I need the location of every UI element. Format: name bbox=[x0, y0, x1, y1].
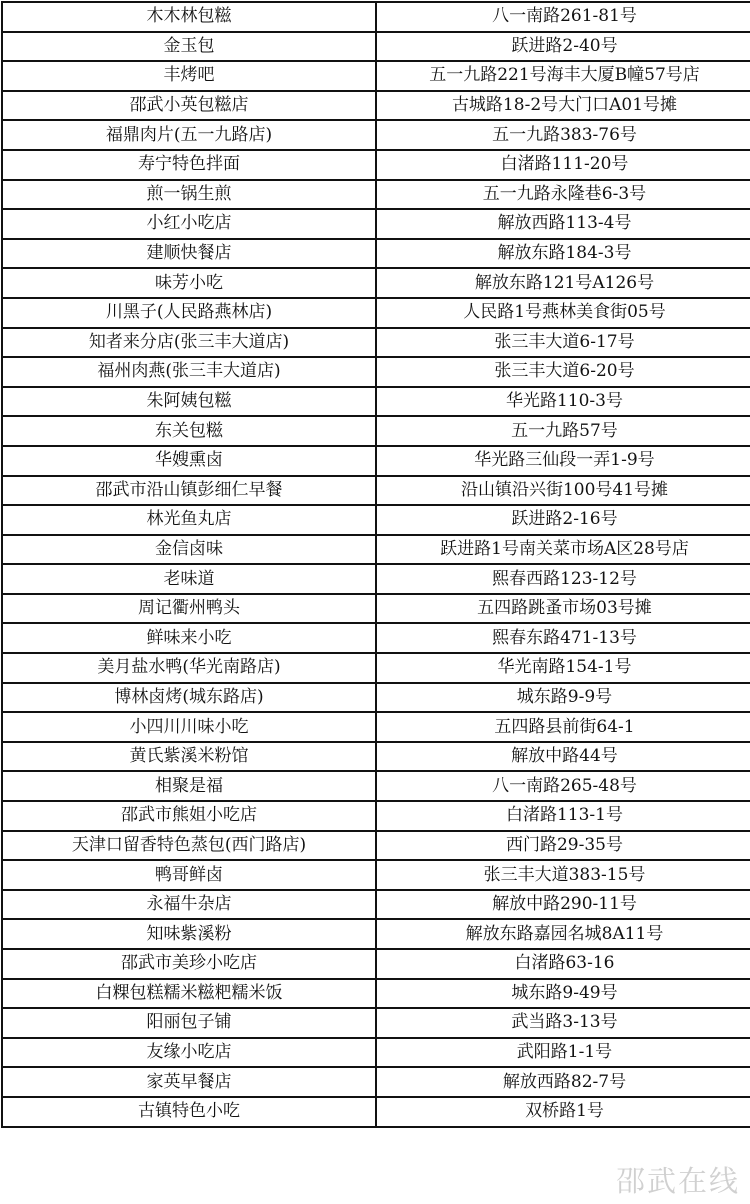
shop-address-cell: 张三丰大道6-17号 bbox=[376, 328, 750, 358]
shop-address-cell: 解放中路290-11号 bbox=[376, 890, 750, 920]
shop-address-cell: 解放西路113-4号 bbox=[376, 209, 750, 239]
shop-address-cell: 白渚路111-20号 bbox=[376, 150, 750, 180]
watermark: 邵武在线 bbox=[616, 1159, 740, 1200]
table-row: 黄氏紫溪米粉馆解放中路44号 bbox=[2, 742, 750, 772]
table-row: 味芳小吃解放东路121号A126号 bbox=[2, 268, 750, 298]
table-row: 福州肉燕(张三丰大道店)张三丰大道6-20号 bbox=[2, 357, 750, 387]
table-row: 丰烤吧五一九路221号海丰大厦B幢57号店 bbox=[2, 61, 750, 91]
shop-address-cell: 双桥路1号 bbox=[376, 1097, 750, 1127]
shop-name-cell: 白粿包糕糯米糍粑糯米饭 bbox=[2, 979, 376, 1009]
table-row: 川黑子(人民路燕林店)人民路1号燕林美食街05号 bbox=[2, 298, 750, 328]
shop-name-cell: 美月盐水鸭(华光南路店) bbox=[2, 653, 376, 683]
table-body: 木木林包糍八一南路261-81号金玉包跃进路2-40号丰烤吧五一九路221号海丰… bbox=[2, 2, 750, 1127]
shop-name-cell: 福鼎肉片(五一九路店) bbox=[2, 120, 376, 150]
shop-name-cell: 天津口留香特色蒸包(西门路店) bbox=[2, 831, 376, 861]
shop-name-cell: 金玉包 bbox=[2, 32, 376, 62]
shop-address-cell: 解放东路121号A126号 bbox=[376, 268, 750, 298]
table-row: 知味紫溪粉解放东路嘉园名城8A11号 bbox=[2, 919, 750, 949]
table-row: 阳丽包子铺武当路3-13号 bbox=[2, 1008, 750, 1038]
table-row: 美月盐水鸭(华光南路店)华光南路154-1号 bbox=[2, 653, 750, 683]
shop-name-cell: 老味道 bbox=[2, 564, 376, 594]
shop-address-cell: 白渚路63-16 bbox=[376, 949, 750, 979]
table-row: 华嫂熏卤华光路三仙段一弄1-9号 bbox=[2, 446, 750, 476]
shop-address-cell: 古城路18-2号大门口A01号摊 bbox=[376, 91, 750, 121]
shop-address-table: 木木林包糍八一南路261-81号金玉包跃进路2-40号丰烤吧五一九路221号海丰… bbox=[1, 1, 750, 1128]
table-row: 天津口留香特色蒸包(西门路店)西门路29-35号 bbox=[2, 831, 750, 861]
shop-address-cell: 五四路跳蚤市场03号摊 bbox=[376, 594, 750, 624]
table-row: 木木林包糍八一南路261-81号 bbox=[2, 2, 750, 32]
shop-address-cell: 城东路9-49号 bbox=[376, 979, 750, 1009]
shop-name-cell: 周记衢州鸭头 bbox=[2, 594, 376, 624]
shop-address-cell: 八一南路265-48号 bbox=[376, 771, 750, 801]
table-row: 知者来分店(张三丰大道店)张三丰大道6-17号 bbox=[2, 328, 750, 358]
table-row: 博林卤烤(城东路店)城东路9-9号 bbox=[2, 683, 750, 713]
table-row: 小四川川味小吃五四路县前街64-1 bbox=[2, 712, 750, 742]
shop-name-cell: 邵武小英包糍店 bbox=[2, 91, 376, 121]
shop-address-cell: 熙春东路471-13号 bbox=[376, 623, 750, 653]
shop-address-cell: 人民路1号燕林美食街05号 bbox=[376, 298, 750, 328]
shop-name-cell: 知味紫溪粉 bbox=[2, 919, 376, 949]
shop-address-cell: 五一九路57号 bbox=[376, 416, 750, 446]
shop-name-cell: 福州肉燕(张三丰大道店) bbox=[2, 357, 376, 387]
shop-name-cell: 味芳小吃 bbox=[2, 268, 376, 298]
table-row: 鸭哥鲜卤张三丰大道383-15号 bbox=[2, 860, 750, 890]
table-row: 邵武小英包糍店古城路18-2号大门口A01号摊 bbox=[2, 91, 750, 121]
table-row: 东关包糍五一九路57号 bbox=[2, 416, 750, 446]
shop-address-cell: 华光南路154-1号 bbox=[376, 653, 750, 683]
table-row: 邵武市沿山镇彭细仁早餐沿山镇沿兴街100号41号摊 bbox=[2, 476, 750, 506]
shop-address-cell: 解放西路82-7号 bbox=[376, 1067, 750, 1097]
table-row: 友缘小吃店武阳路1-1号 bbox=[2, 1038, 750, 1068]
table-row: 小红小吃店解放西路113-4号 bbox=[2, 209, 750, 239]
table-row: 金玉包跃进路2-40号 bbox=[2, 32, 750, 62]
table-row: 建顺快餐店解放东路184-3号 bbox=[2, 239, 750, 269]
shop-address-cell: 白渚路113-1号 bbox=[376, 801, 750, 831]
shop-name-cell: 永福牛杂店 bbox=[2, 890, 376, 920]
shop-name-cell: 小红小吃店 bbox=[2, 209, 376, 239]
table-row: 邵武市熊姐小吃店白渚路113-1号 bbox=[2, 801, 750, 831]
table-row: 古镇特色小吃双桥路1号 bbox=[2, 1097, 750, 1127]
shop-address-cell: 解放中路44号 bbox=[376, 742, 750, 772]
shop-name-cell: 家英早餐店 bbox=[2, 1067, 376, 1097]
table-row: 鲜味来小吃熙春东路471-13号 bbox=[2, 623, 750, 653]
shop-address-cell: 华光路三仙段一弄1-9号 bbox=[376, 446, 750, 476]
shop-address-cell: 张三丰大道6-20号 bbox=[376, 357, 750, 387]
shop-name-cell: 东关包糍 bbox=[2, 416, 376, 446]
table-row: 煎一锅生煎五一九路永隆巷6-3号 bbox=[2, 180, 750, 210]
shop-address-cell: 张三丰大道383-15号 bbox=[376, 860, 750, 890]
shop-name-cell: 鲜味来小吃 bbox=[2, 623, 376, 653]
shop-name-cell: 友缘小吃店 bbox=[2, 1038, 376, 1068]
shop-address-cell: 武阳路1-1号 bbox=[376, 1038, 750, 1068]
table-row: 家英早餐店解放西路82-7号 bbox=[2, 1067, 750, 1097]
shop-name-cell: 鸭哥鲜卤 bbox=[2, 860, 376, 890]
shop-name-cell: 华嫂熏卤 bbox=[2, 446, 376, 476]
shop-address-cell: 华光路110-3号 bbox=[376, 387, 750, 417]
shop-name-cell: 寿宁特色拌面 bbox=[2, 150, 376, 180]
shop-address-cell: 武当路3-13号 bbox=[376, 1008, 750, 1038]
shop-address-cell: 跃进路2-16号 bbox=[376, 505, 750, 535]
table-row: 永福牛杂店解放中路290-11号 bbox=[2, 890, 750, 920]
shop-name-cell: 邵武市沿山镇彭细仁早餐 bbox=[2, 476, 376, 506]
shop-address-cell: 解放东路嘉园名城8A11号 bbox=[376, 919, 750, 949]
shop-address-cell: 跃进路2-40号 bbox=[376, 32, 750, 62]
shop-address-cell: 五四路县前街64-1 bbox=[376, 712, 750, 742]
shop-address-cell: 五一九路383-76号 bbox=[376, 120, 750, 150]
table-row: 福鼎肉片(五一九路店)五一九路383-76号 bbox=[2, 120, 750, 150]
shop-name-cell: 古镇特色小吃 bbox=[2, 1097, 376, 1127]
shop-name-cell: 建顺快餐店 bbox=[2, 239, 376, 269]
shop-address-cell: 城东路9-9号 bbox=[376, 683, 750, 713]
shop-name-cell: 木木林包糍 bbox=[2, 2, 376, 32]
shop-name-cell: 金信卤味 bbox=[2, 535, 376, 565]
shop-name-cell: 煎一锅生煎 bbox=[2, 180, 376, 210]
shop-name-cell: 小四川川味小吃 bbox=[2, 712, 376, 742]
table-row: 老味道熙春西路123-12号 bbox=[2, 564, 750, 594]
shop-address-cell: 解放东路184-3号 bbox=[376, 239, 750, 269]
table-row: 林光鱼丸店跃进路2-16号 bbox=[2, 505, 750, 535]
shop-address-cell: 西门路29-35号 bbox=[376, 831, 750, 861]
shop-address-cell: 跃进路1号南关菜市场A区28号店 bbox=[376, 535, 750, 565]
shop-name-cell: 邵武市熊姐小吃店 bbox=[2, 801, 376, 831]
shop-address-cell: 五一九路221号海丰大厦B幢57号店 bbox=[376, 61, 750, 91]
shop-name-cell: 阳丽包子铺 bbox=[2, 1008, 376, 1038]
table-row: 邵武市美珍小吃店白渚路63-16 bbox=[2, 949, 750, 979]
table-row: 周记衢州鸭头五四路跳蚤市场03号摊 bbox=[2, 594, 750, 624]
shop-address-cell: 熙春西路123-12号 bbox=[376, 564, 750, 594]
shop-name-cell: 邵武市美珍小吃店 bbox=[2, 949, 376, 979]
table-row: 相聚是福八一南路265-48号 bbox=[2, 771, 750, 801]
shop-address-cell: 八一南路261-81号 bbox=[376, 2, 750, 32]
table-row: 金信卤味跃进路1号南关菜市场A区28号店 bbox=[2, 535, 750, 565]
shop-name-cell: 相聚是福 bbox=[2, 771, 376, 801]
shop-name-cell: 朱阿姨包糍 bbox=[2, 387, 376, 417]
shop-name-cell: 博林卤烤(城东路店) bbox=[2, 683, 376, 713]
table-row: 寿宁特色拌面白渚路111-20号 bbox=[2, 150, 750, 180]
table-row: 朱阿姨包糍华光路110-3号 bbox=[2, 387, 750, 417]
shop-name-cell: 黄氏紫溪米粉馆 bbox=[2, 742, 376, 772]
shop-name-cell: 林光鱼丸店 bbox=[2, 505, 376, 535]
shop-name-cell: 丰烤吧 bbox=[2, 61, 376, 91]
shop-address-cell: 五一九路永隆巷6-3号 bbox=[376, 180, 750, 210]
shop-name-cell: 川黑子(人民路燕林店) bbox=[2, 298, 376, 328]
shop-name-cell: 知者来分店(张三丰大道店) bbox=[2, 328, 376, 358]
shop-address-cell: 沿山镇沿兴街100号41号摊 bbox=[376, 476, 750, 506]
table-row: 白粿包糕糯米糍粑糯米饭城东路9-49号 bbox=[2, 979, 750, 1009]
